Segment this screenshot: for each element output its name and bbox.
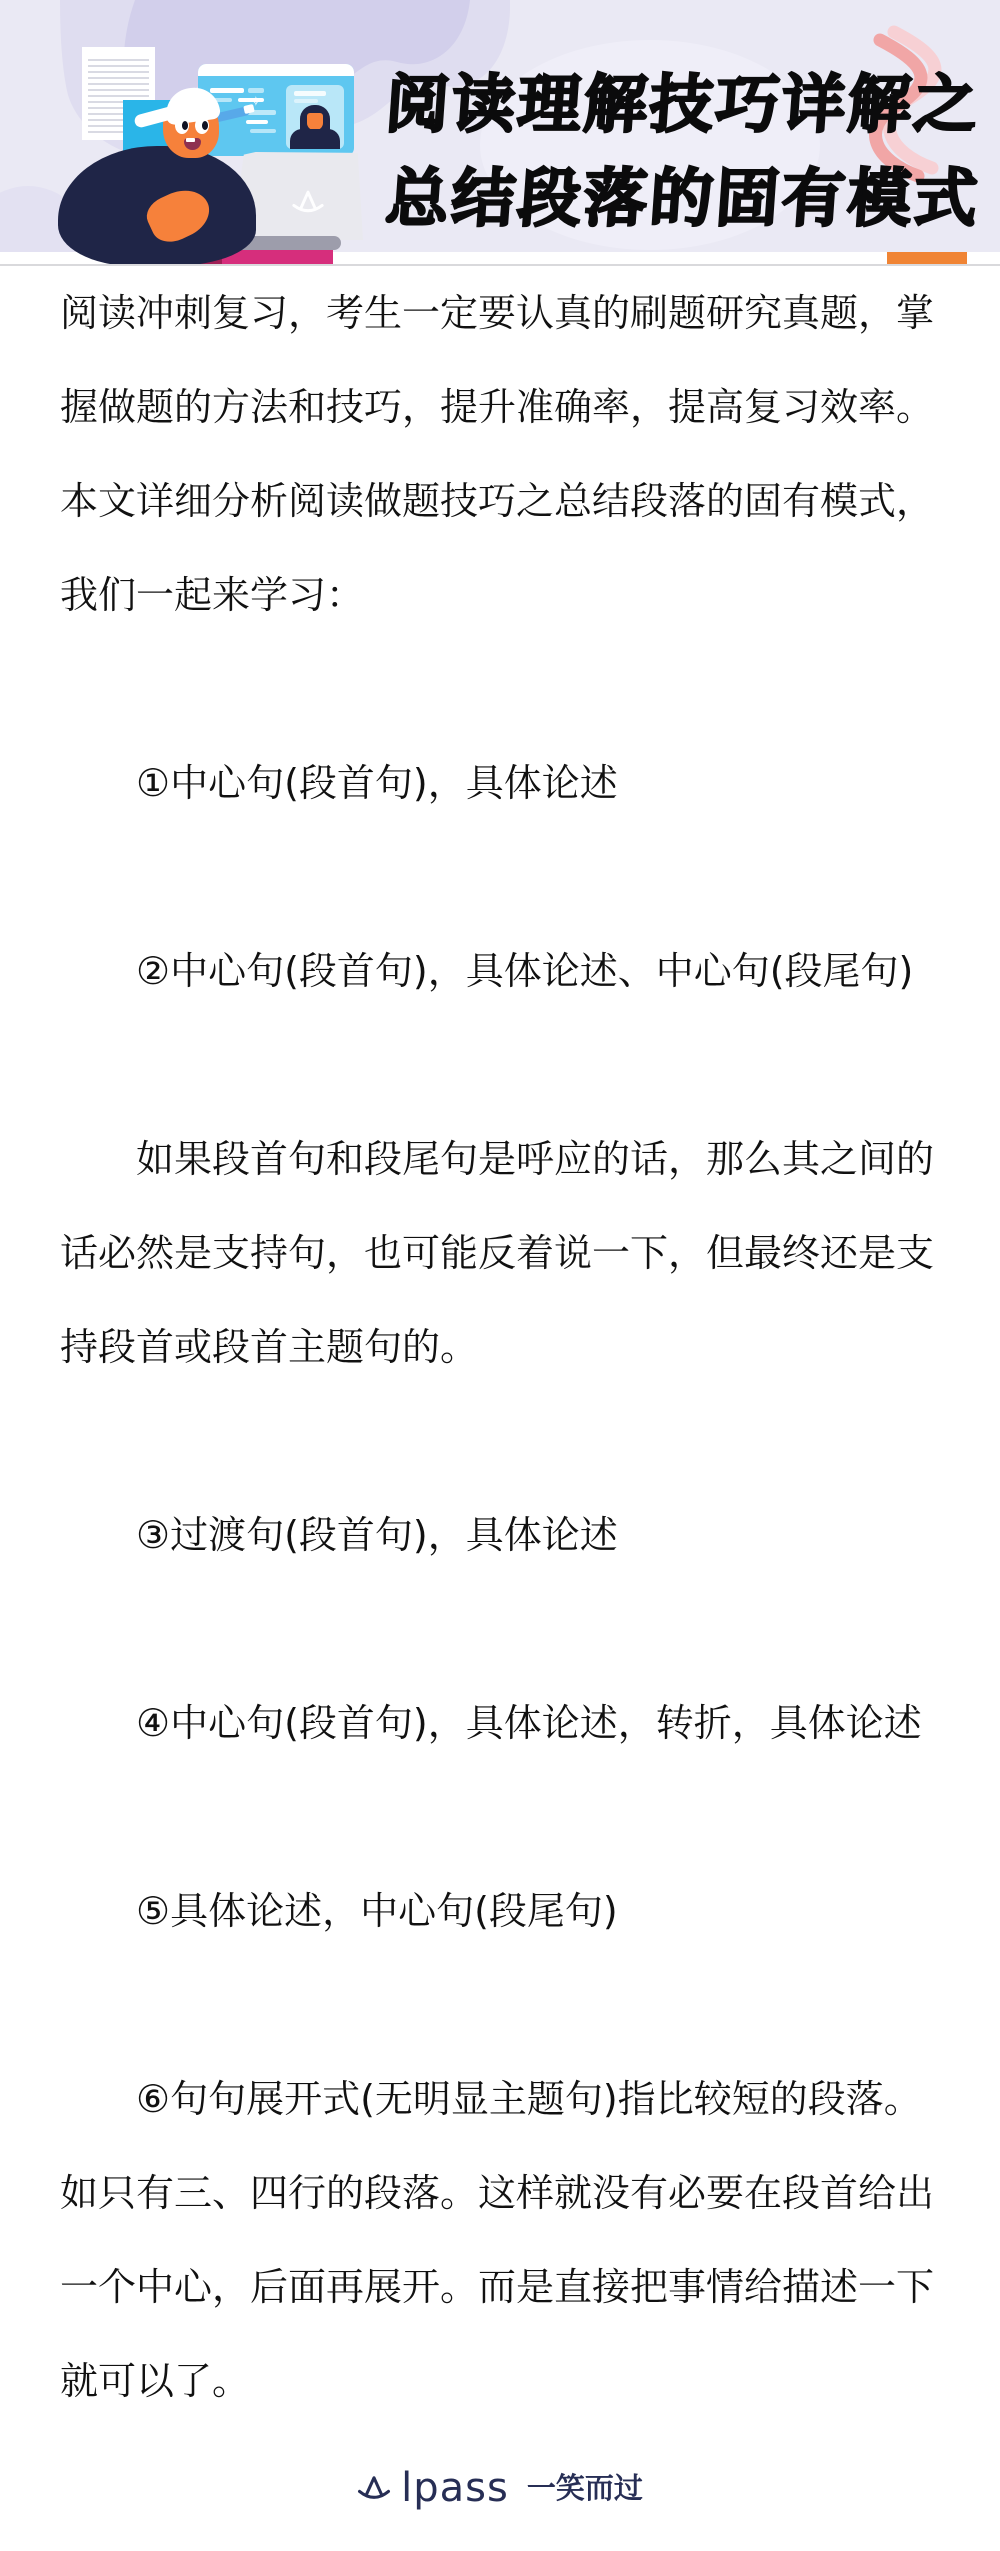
profile-card [286,85,344,149]
article: 阅读冲刺复习，考生一定要认真的刷题研究真题，掌 握做题的方法和技巧，提升准确率，… [0,266,1000,2522]
skeleton-text-line [248,88,264,93]
orange-accent-bar [887,252,967,264]
browser-window-illustration [198,64,354,156]
tooth [186,138,195,142]
paragraph: ④中心句(段首句)，具体论述，转折，具体论述 [60,1676,940,1770]
paragraph: 如果段首句和段尾句是呼应的话，那么其之间的 话必然是支持句，也可能反着说一下，但… [60,1112,940,1394]
spark-icon: ✧ [250,94,262,110]
card-text-line [294,91,326,96]
pupil [182,121,188,130]
header-banner: ✧ 阅读理解技巧详解之 总结段落的固有模式 [0,0,1000,266]
paragraph: ②中心句(段首句)，具体论述、中心句(段尾句) [60,924,940,1018]
skeleton-text-line [246,120,268,124]
avatar-shoulders [290,129,340,149]
brand-name-cjk: 一笑而过 [527,2468,643,2508]
paragraph: ⑤具体论述，中心句(段尾句) [60,1864,940,1958]
article-page: ✧ 阅读理解技巧详解之 总结段落的固有模式 阅读冲刺复习，考生一定要认真的刷题研… [0,0,1000,2551]
alpass-logo-icon [290,186,326,216]
skeleton-text-line [210,88,244,93]
skeleton-text-line [250,129,276,133]
pupil [202,121,208,130]
banner-title-line1: 阅读理解技巧详解之 [384,72,993,138]
browser-titlebar [198,64,354,76]
paragraph: 阅读冲刺复习，考生一定要认真的刷题研究真题，掌 握做题的方法和技巧，提升准确率，… [60,266,940,642]
paragraph: ③过渡句(段首句)，具体论述 [60,1488,940,1582]
card-text-line [294,99,318,103]
paragraph: ⑥句句展开式(无明显主题句)指比较短的段落。 如只有三、四行的段落。这样就没有必… [60,2052,940,2428]
alpass-logo-icon [357,2472,391,2504]
brand-name-latin: lpass [401,2468,509,2508]
avatar-face [307,113,323,130]
footer-brand: lpass 一笑而过 [0,2458,1000,2518]
paragraph: ①中心句(段首句)，具体论述 [60,736,940,830]
banner-title-line2: 总结段落的固有模式 [384,166,993,232]
